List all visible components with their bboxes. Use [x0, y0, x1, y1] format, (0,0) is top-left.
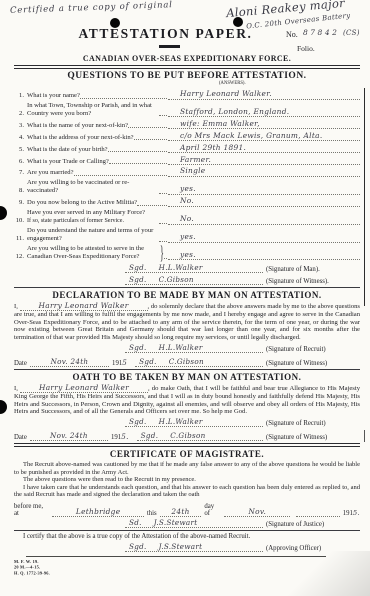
magistrate-heading: CERTIFICATE OF MAGISTRATE.: [14, 449, 360, 459]
handwritten-answer: yes.: [180, 184, 196, 193]
signature-field: Sgd. C.Gibson: [137, 431, 263, 441]
day-fill-field: 24th: [160, 507, 202, 517]
question-number: 9.: [14, 199, 27, 207]
question-text: Are you married?: [27, 169, 74, 177]
signature-row-justice: Sd. J.S.Stewart (Signature of Justice): [14, 518, 360, 528]
oath-paragraph: I, Harry Leonard Walker, do make Oath, t…: [14, 384, 360, 416]
signature-field: Sgd. C.Gibson: [125, 275, 263, 285]
witness-signature: C.Gibson: [169, 357, 204, 366]
divider-double-rule: [14, 65, 360, 69]
question-row: 10. Have you ever served in any Military…: [14, 209, 360, 225]
question-text: What is your Trade or Calling?: [27, 158, 109, 166]
number-label: No.: [286, 30, 298, 39]
this-label: this: [147, 510, 157, 517]
question-text: Are you willing to be vaccinated or re-v…: [27, 179, 159, 195]
question-text: Are you willing to be attested to serve …: [27, 245, 159, 261]
question-row: 9. Do you now belong to the Active Milit…: [14, 197, 360, 207]
answer-field: April 29th 1891.: [168, 144, 360, 154]
divider-rule: [14, 287, 360, 288]
sgd-abbrev: Sd.: [129, 518, 142, 527]
question-text: Do you now belong to the Active Militia?: [27, 199, 137, 207]
blank-fill-field: [296, 516, 340, 517]
signature-label: (Signature of Recruit): [263, 346, 360, 353]
date-label: Date: [14, 434, 27, 441]
signature-label: (Signature of Justice): [263, 521, 360, 528]
question-text: What is your name?: [27, 92, 80, 100]
question-row: 1. What is your name? Harry Leonard Walk…: [14, 90, 360, 100]
question-text-main: Have you ever served in any Military For…: [27, 209, 145, 216]
answer-field: yes.: [168, 251, 360, 261]
signature-field: Sd. J.S.Stewart: [125, 518, 263, 528]
form-body: CANADIAN OVER-SEAS EXPEDITIONARY FORCE. …: [14, 54, 360, 583]
signature-field: Sgd. C.Gibson: [135, 357, 263, 367]
question-subnote: If so, state particulars of former Servi…: [27, 218, 124, 224]
signature-label: (Signature of Witness).: [263, 278, 360, 285]
dotted-leader: [164, 258, 167, 259]
answer-field: No.: [168, 215, 360, 225]
true-copy-certification: I certify that the above is a true copy …: [14, 533, 360, 540]
question-row: 8. Are you willing to be vaccinated or r…: [14, 179, 360, 195]
sgd-abbrev: Sgd.: [141, 431, 159, 440]
date-fill-field: Nov. 24th: [30, 431, 108, 441]
magistrate-paragraph-3: I have taken care that he understands ea…: [14, 484, 360, 499]
declaration-pronoun: I,: [14, 303, 18, 310]
year-written: 5.: [353, 509, 360, 517]
question-row: 6. What is your Trade or Calling? Farmer…: [14, 156, 360, 166]
question-number: 4.: [14, 134, 27, 142]
signature-row-witness: Sgd. C.Gibson (Signature of Witness).: [14, 275, 360, 285]
question-row: 5. What is the date of your birth? April…: [14, 144, 360, 154]
question-text: What is the name of your next-of-kin?: [27, 122, 128, 130]
dotted-leader: [128, 127, 167, 128]
question-number: 3.: [14, 122, 27, 130]
answer-field: yes.: [168, 185, 360, 195]
question-number: 2.: [14, 110, 27, 118]
question-number: 8.: [14, 187, 27, 195]
year-printed: 191: [111, 434, 121, 441]
dotted-leader: [80, 98, 167, 99]
dotted-leader: [159, 193, 167, 194]
declaration-paragraph: I, Harry Leonard Walker, do solemnly dec…: [14, 302, 360, 342]
date-fill-field: Nov. 24th: [30, 357, 109, 367]
year-written: 5: [122, 358, 127, 367]
before-me-label: before me, at: [14, 503, 49, 517]
question-number: 11.: [14, 235, 27, 243]
declaration-heading: DECLARATION TO BE MADE BY MAN ON ATTESTA…: [14, 290, 360, 300]
recruit-signature: H.L.Walker: [159, 343, 203, 352]
name-fill-field: Harry Leonard Walker: [20, 384, 148, 394]
document-title: ATTESTATION PAPER.: [58, 26, 273, 42]
recruit-signature: H.L.Walker: [159, 417, 203, 426]
handwritten-answer: Single: [180, 166, 205, 175]
signature-row-approving-officer: Sgd. J.S.Stewart (Approving Officer): [14, 542, 360, 552]
answer-field: Farmer.: [168, 156, 360, 166]
questions-list: 1. What is your name? Harry Leonard Walk…: [14, 90, 360, 260]
approving-officer-signature: J.S.Stewart: [159, 542, 203, 551]
print-code-line: H. Q. 1772-39-96.: [14, 571, 263, 577]
witness-signature: C.Gibson: [159, 275, 194, 284]
handwritten-month: Nov.: [248, 507, 266, 516]
place-fill-field: Lethbridge: [52, 507, 143, 517]
question-row: 12. Are you willing to be attested to se…: [14, 245, 360, 261]
dotted-leader: [159, 115, 167, 116]
dotted-leader: [159, 223, 167, 224]
question-text: Have you ever served in any Military For…: [27, 209, 159, 225]
officer-initials: (CS): [343, 29, 360, 37]
answer-field: c/o Mrs Mack Lewis, Granum, Alta.: [168, 132, 360, 142]
question-number: 1.: [14, 92, 27, 100]
witness-signature: C.Gibson: [170, 431, 205, 440]
signature-label: (Signature of Recruit): [263, 420, 360, 427]
date-label: Date: [14, 360, 27, 367]
signature-row-recruit: Sgd. H.L.Walker (Signature of Recruit): [14, 417, 360, 427]
before-me-row: before me, at Lethbridge this 24th day o…: [14, 503, 360, 517]
date-row: Date Nov. 24th 1915 Sgd. C.Gibson (Signa…: [14, 357, 360, 367]
question-row: 2. In what Town, Township or Parish, and…: [14, 102, 360, 118]
magistrate-paragraph-2: The above questions were then read to th…: [14, 476, 360, 483]
name-fill-field: Harry Leonard Walker: [20, 302, 148, 312]
handwritten-date: Nov. 24th: [50, 431, 88, 440]
sgd-abbrev: Sgd.: [129, 275, 147, 284]
handwritten-answer: Harry Leonard Walker.: [180, 89, 272, 98]
year-printed: 191: [112, 360, 122, 367]
print-code-line: M. F. W. 19.: [14, 560, 263, 566]
question-row: 4. What is the address of your next-of-k…: [14, 132, 360, 142]
question-row: 11. Do you understand the nature and ter…: [14, 227, 360, 243]
divider-dash-rule: [26, 556, 326, 557]
question-text: What is the date of your birth?: [27, 146, 108, 154]
questions-heading: QUESTIONS TO BE PUT BEFORE ATTESTATION.: [14, 71, 360, 81]
handwritten-name: Harry Leonard Walker: [39, 383, 129, 392]
attestation-paper-scan: Certified a true copy of original Aloni …: [0, 0, 370, 596]
question-row: 3. What is the name of your next-of-kin?…: [14, 120, 360, 130]
answer-field: wife: Emma Walker,: [168, 120, 360, 130]
answer-field: Harry Leonard Walker.: [168, 90, 360, 100]
oath-pronoun: I,: [14, 385, 18, 392]
question-text: What is the address of your next-of-kin?: [27, 134, 134, 142]
force-name: CANADIAN OVER-SEAS EXPEDITIONARY FORCE.: [14, 54, 360, 63]
handwritten-answer: Stafford, London, England.: [180, 107, 289, 116]
handwritten-answer: yes.: [180, 232, 196, 241]
question-text: In what Town, Township or Parish, and in…: [27, 102, 159, 118]
year-written: 5.: [121, 432, 128, 441]
question-number: 10.: [14, 217, 27, 225]
date-row: Date Nov. 24th 1915. Sgd. C.Gibson (Sign…: [14, 431, 360, 441]
justice-signature: J.S.Stewart: [154, 518, 198, 527]
divider-double-rule: [14, 443, 360, 447]
oath-heading: OATH TO BE TAKEN BY MAN ON ATTESTATION.: [14, 372, 360, 382]
handwritten-answer: No.: [180, 214, 194, 223]
handwritten-answer: April 29th 1891.: [180, 143, 246, 152]
question-text: Do you understand the nature and terms o…: [27, 227, 159, 243]
signature-label: (Signature of Man).: [263, 266, 360, 273]
question-number: 5.: [14, 146, 27, 154]
signature-field: Sgd. H.L.Walker: [125, 263, 263, 273]
dotted-leader: [109, 163, 167, 164]
dotted-leader: [74, 175, 167, 176]
man-signature: H.L.Walker: [159, 263, 203, 272]
question-number: 6.: [14, 158, 27, 166]
sgd-abbrev: Sgd.: [129, 417, 147, 426]
folio-label: Folio.: [297, 44, 315, 53]
answer-field: Stafford, London, England.: [168, 108, 360, 118]
sgd-abbrev: Sgd.: [139, 357, 157, 366]
signature-field: Sgd. J.S.Stewart: [125, 542, 263, 552]
dotted-leader: [137, 205, 167, 206]
scan-edge-line: [364, 88, 366, 306]
hole-punch-mark: [0, 400, 7, 414]
handwritten-place: Lethbridge: [76, 507, 120, 516]
signature-label: (Signature of Witness): [263, 434, 360, 441]
print-code-line: 20 M.—4-15.: [14, 565, 263, 571]
question-number: 7.: [14, 169, 27, 177]
handwritten-name: Harry Leonard Walker: [39, 301, 129, 310]
regimental-number: 87842: [303, 28, 339, 37]
handwritten-answer: yes.: [180, 250, 196, 259]
question-number: 12.: [14, 253, 27, 261]
answers-column-label: (ANSWERS).: [219, 81, 329, 86]
handwritten-answer: Farmer.: [180, 155, 211, 164]
handwritten-answer: No.: [180, 196, 194, 205]
signature-row-recruit: Sgd. H.L.Walker (Signature of Recruit): [14, 343, 360, 353]
sgd-abbrev: Sgd.: [129, 343, 147, 352]
answer-field: yes.: [168, 233, 360, 243]
answer-field: Single: [168, 167, 360, 177]
print-code-block: M. F. W. 19. 20 M.—4-15. H. Q. 1772-39-9…: [14, 560, 263, 577]
signature-row-man: Sgd. H.L.Walker (Signature of Man).: [14, 263, 360, 273]
handwritten-date: Nov. 24th: [51, 357, 89, 366]
signature-label: (Approving Officer): [263, 545, 360, 552]
scan-edge-mark: [364, 430, 366, 442]
sgd-abbrev: Sgd.: [129, 263, 147, 272]
magistrate-paragraph-1: The Recruit above-named was cautioned by…: [14, 461, 360, 476]
sgd-abbrev: Sgd.: [129, 542, 147, 551]
divider-rule: [14, 530, 360, 531]
handwritten-answer: c/o Mrs Mack Lewis, Granum, Alta.: [180, 131, 322, 140]
day-of-label: day of: [204, 503, 221, 517]
dotted-leader: [134, 139, 167, 140]
hole-punch-mark: [0, 206, 7, 220]
divider-rule: [14, 369, 360, 370]
answer-field: No.: [168, 197, 360, 207]
handwritten-day: 24th: [171, 507, 189, 516]
certified-copy-note: Certified a true copy of original: [10, 0, 173, 16]
month-fill-field: Nov.: [224, 507, 290, 517]
signature-label: (Signature of Witness): [263, 360, 360, 367]
title-underline: [159, 45, 180, 48]
handwritten-answer: wife: Emma Walker,: [180, 119, 260, 128]
year-printed: 191: [343, 510, 353, 517]
dotted-leader: [108, 151, 167, 152]
signature-field: Sgd. H.L.Walker: [125, 417, 263, 427]
signature-field: Sgd. H.L.Walker: [125, 343, 263, 353]
question-row: 7. Are you married? Single: [14, 167, 360, 177]
question-brace: }: [160, 242, 164, 265]
